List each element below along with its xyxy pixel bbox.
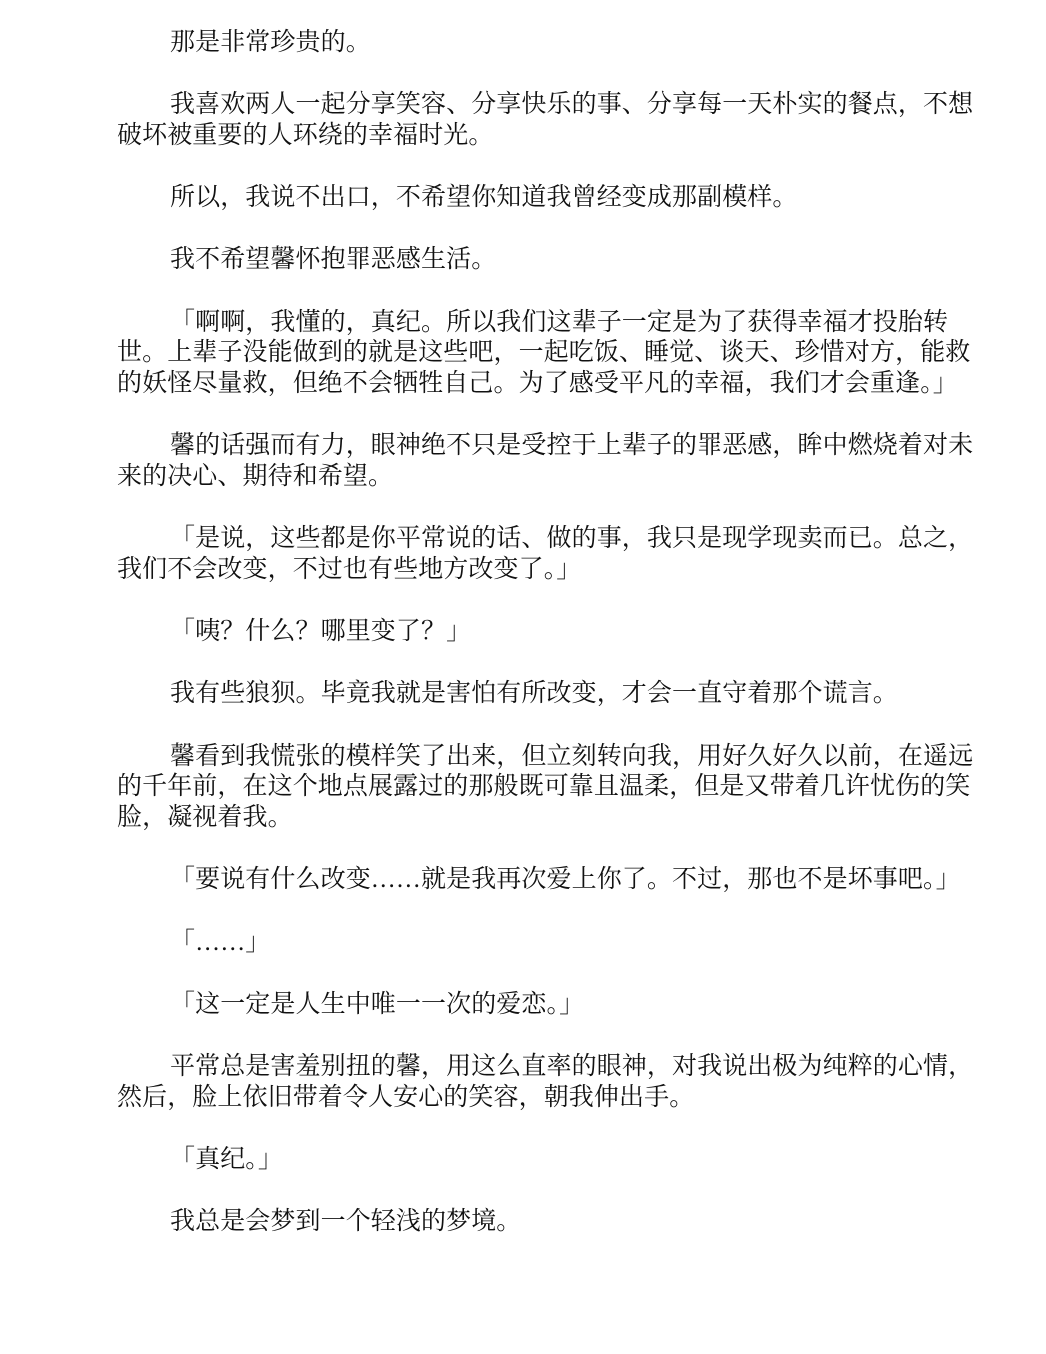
text-line: 馨的话强而有力，眼神绝不只是受控于上辈子的罪恶感，眸中燃烧着对未 — [67, 431, 971, 462]
text-line: 的千年前，在这个地点展露过的那般既可靠且温柔，但是又带着几许忧伤的笑 — [67, 772, 971, 803]
paragraph: 馨看到我慌张的模样笑了出来，但立刻转向我，用好久好久以前，在遥远 的千年前，在这… — [67, 742, 971, 834]
text-line: 那是非常珍贵的。 — [67, 28, 971, 59]
text-line: 所以，我说不出口，不希望你知道我曾经变成那副模样。 — [67, 183, 971, 214]
text-line: 「咦？什么？哪里变了？」 — [67, 617, 971, 648]
text-line: 「真纪。」 — [67, 1145, 971, 1176]
text-line: 我喜欢两人一起分享笑容、分享快乐的事、分享每一天朴实的餐点，不想 — [67, 90, 971, 121]
text-line: 脸，凝视着我。 — [67, 803, 971, 834]
text-line: 「啊啊，我懂的，真纪。所以我们这辈子一定是为了获得幸福才投胎转 — [67, 308, 971, 339]
text-line: 世。上辈子没能做到的就是这些吧，一起吃饭、睡觉、谈天、珍惜对方，能救 — [67, 338, 971, 369]
text-line: 「这一定是人生中唯一一次的爱恋。」 — [67, 990, 971, 1021]
dialogue-paragraph: 「……」 — [67, 928, 971, 959]
paragraph: 所以，我说不出口，不希望你知道我曾经变成那副模样。 — [67, 183, 971, 214]
paragraph: 我不希望馨怀抱罪恶感生活。 — [67, 245, 971, 276]
dialogue-paragraph: 「要说有什么改变……就是我再次爱上你了。不过，那也不是坏事吧。」 — [67, 865, 971, 896]
paragraph: 我喜欢两人一起分享笑容、分享快乐的事、分享每一天朴实的餐点，不想 破坏被重要的人… — [67, 90, 971, 152]
document-page: 那是非常珍贵的。 我喜欢两人一起分享笑容、分享快乐的事、分享每一天朴实的餐点，不… — [67, 28, 971, 1269]
text-line: 「……」 — [67, 928, 971, 959]
text-line: 我有些狼狈。毕竟我就是害怕有所改变，才会一直守着那个谎言。 — [67, 679, 971, 710]
paragraph: 平常总是害羞别扭的馨，用这么直率的眼神，对我说出极为纯粹的心情， 然后，脸上依旧… — [67, 1052, 971, 1114]
paragraph: 那是非常珍贵的。 — [67, 28, 971, 59]
text-line: 的妖怪尽量救，但绝不会牺牲自己。为了感受平凡的幸福，我们才会重逢。」 — [67, 369, 971, 400]
text-line: 来的决心、期待和希望。 — [67, 462, 971, 493]
dialogue-paragraph: 「这一定是人生中唯一一次的爱恋。」 — [67, 990, 971, 1021]
dialogue-paragraph: 「真纪。」 — [67, 1145, 971, 1176]
paragraph: 我有些狼狈。毕竟我就是害怕有所改变，才会一直守着那个谎言。 — [67, 679, 971, 710]
text-line: 然后，脸上依旧带着令人安心的笑容，朝我伸出手。 — [67, 1083, 971, 1114]
dialogue-paragraph: 「啊啊，我懂的，真纪。所以我们这辈子一定是为了获得幸福才投胎转 世。上辈子没能做… — [67, 308, 971, 400]
dialogue-paragraph: 「是说，这些都是你平常说的话、做的事，我只是现学现卖而已。总之， 我们不会改变，… — [67, 524, 971, 586]
paragraph: 馨的话强而有力，眼神绝不只是受控于上辈子的罪恶感，眸中燃烧着对未 来的决心、期待… — [67, 431, 971, 493]
text-line: 「要说有什么改变……就是我再次爱上你了。不过，那也不是坏事吧。」 — [67, 865, 971, 896]
paragraph: 我总是会梦到一个轻浅的梦境。 — [67, 1207, 971, 1238]
text-line: 「是说，这些都是你平常说的话、做的事，我只是现学现卖而已。总之， — [67, 524, 971, 555]
dialogue-paragraph: 「咦？什么？哪里变了？」 — [67, 617, 971, 648]
text-line: 馨看到我慌张的模样笑了出来，但立刻转向我，用好久好久以前，在遥远 — [67, 742, 971, 773]
text-line: 我总是会梦到一个轻浅的梦境。 — [67, 1207, 971, 1238]
text-line: 我不希望馨怀抱罪恶感生活。 — [67, 245, 971, 276]
text-line: 我们不会改变，不过也有些地方改变了。」 — [67, 555, 971, 586]
text-line: 破坏被重要的人环绕的幸福时光。 — [67, 121, 971, 152]
text-line: 平常总是害羞别扭的馨，用这么直率的眼神，对我说出极为纯粹的心情， — [67, 1052, 971, 1083]
